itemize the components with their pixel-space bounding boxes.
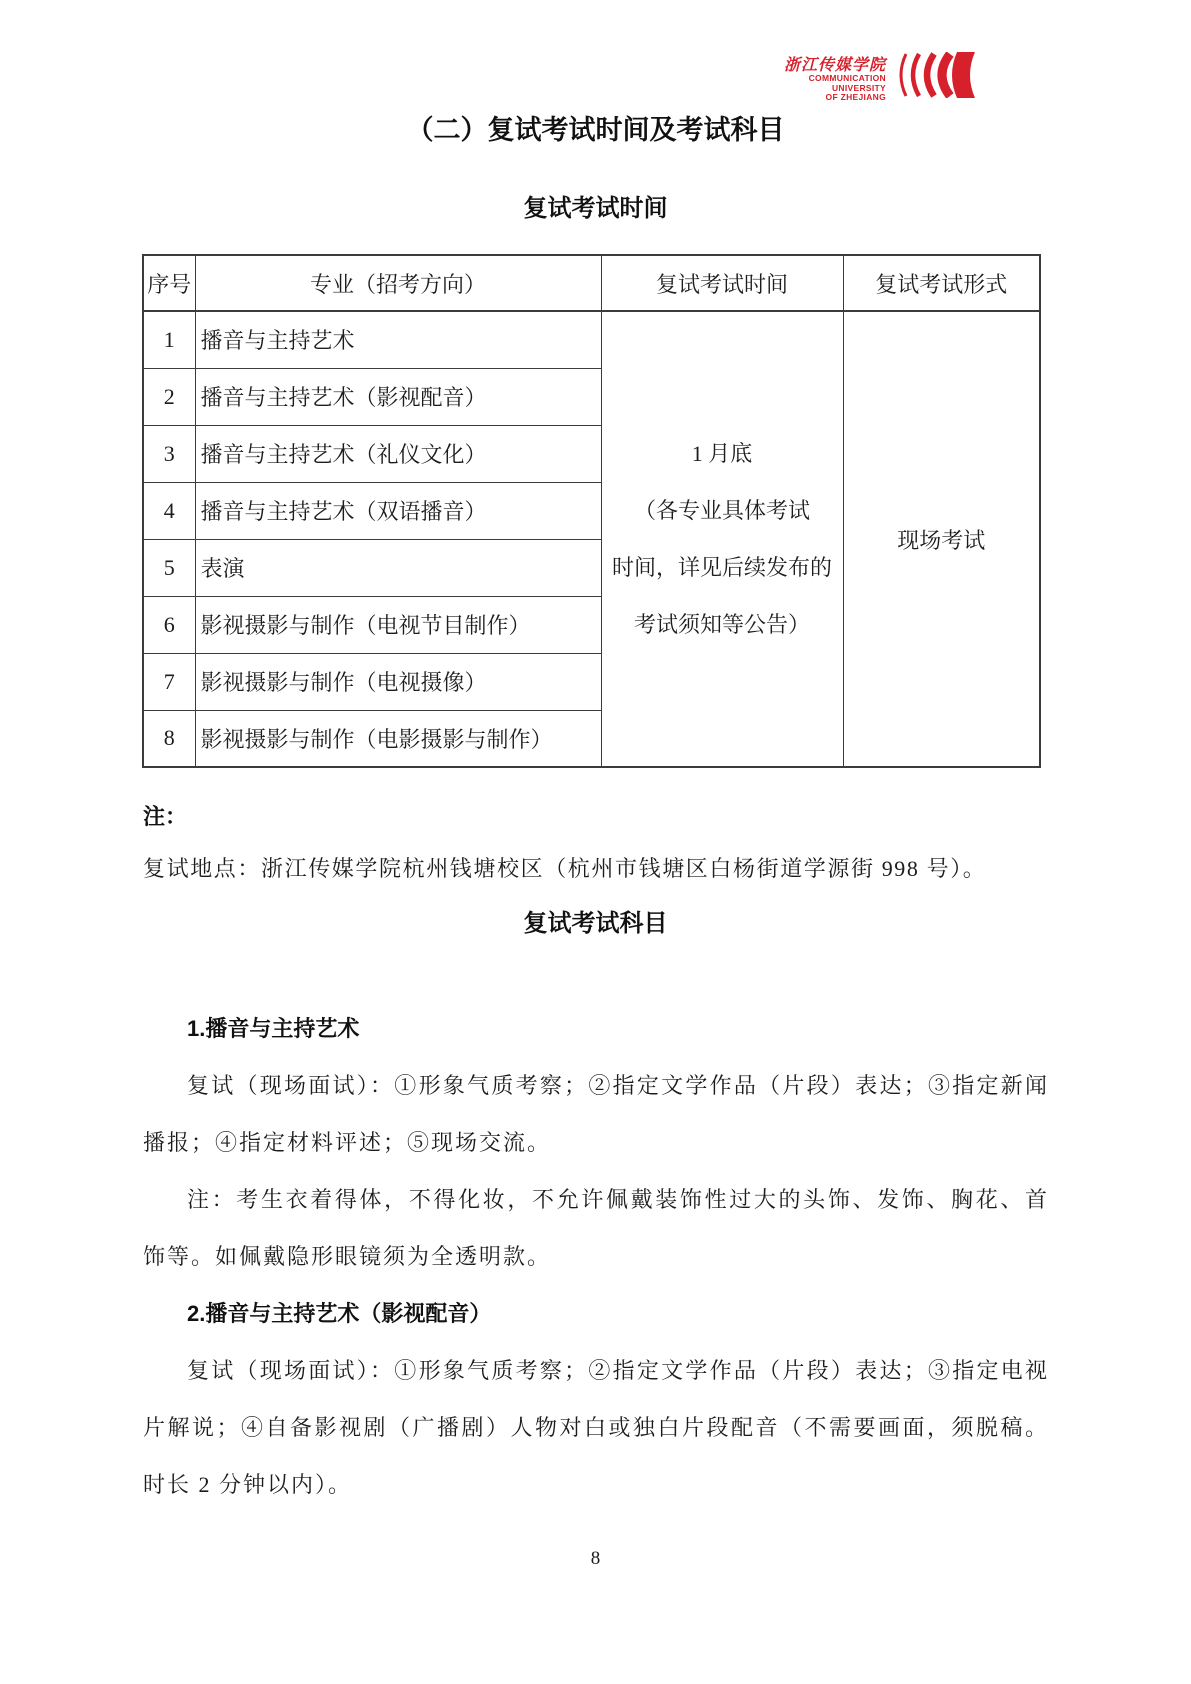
row-major: 影视摄影与制作（电影摄影与制作）: [195, 710, 601, 767]
page-title: （二）复试考试时间及考试科目: [0, 108, 1191, 147]
col-header-major: 专业（招考方向）: [195, 255, 601, 311]
row-major: 播音与主持艺术（影视配音）: [195, 368, 601, 425]
row-no: 4: [143, 482, 195, 539]
section-heading-exam-subjects: 复试考试科目: [0, 903, 1191, 938]
exam-time-cell: 1 月底 （各专业具体考试 时间，详见后续发布的 考试须知等公告）: [601, 311, 843, 767]
row-major: 播音与主持艺术（礼仪文化）: [195, 425, 601, 482]
table-header-row: 序号 专业（招考方向） 复试考试时间 复试考试形式: [143, 255, 1040, 311]
exam-time-line: 考试须知等公告）: [602, 596, 843, 653]
section-heading-exam-time: 复试考试时间: [0, 188, 1191, 223]
table-row: 1 播音与主持艺术 1 月底 （各专业具体考试 时间，详见后续发布的 考试须知等…: [143, 311, 1040, 368]
row-no: 2: [143, 368, 195, 425]
exam-schedule-table: 序号 专业（招考方向） 复试考试时间 复试考试形式 1 播音与主持艺术 1 月底…: [142, 254, 1041, 768]
university-logo: 浙江传媒学院 COMMUNICATION UNIVERSITY OF ZHEJI…: [784, 52, 975, 103]
row-no: 7: [143, 653, 195, 710]
row-no: 3: [143, 425, 195, 482]
row-major: 影视摄影与制作（电视摄像）: [195, 653, 601, 710]
exam-format-cell: 现场考试: [843, 311, 1040, 767]
subject-item-paragraph: 复试（现场面试）：①形象气质考察；②指定文学作品（片段）表达；③指定电视片解说；…: [143, 1342, 1049, 1513]
university-name-cn: 浙江传媒学院: [784, 56, 886, 74]
row-no: 6: [143, 596, 195, 653]
university-logo-mark-icon: [891, 52, 975, 98]
subject-item-heading-1: 1.播音与主持艺术: [143, 1000, 1049, 1057]
university-logo-text: 浙江传媒学院 COMMUNICATION UNIVERSITY OF ZHEJI…: [784, 52, 886, 103]
subject-item-paragraph: 复试（现场面试）：①形象气质考察；②指定文学作品（片段）表达；③指定新闻播报；④…: [143, 1057, 1049, 1171]
university-name-en-line3: OF ZHEJIANG: [784, 93, 886, 103]
exam-time-line: 1 月底: [602, 425, 843, 482]
note-location-text: 复试地点：浙江传媒学院杭州钱塘校区（杭州市钱塘区白杨街道学源街 998 号）。: [143, 852, 1053, 883]
document-page: 浙江传媒学院 COMMUNICATION UNIVERSITY OF ZHEJI…: [0, 0, 1191, 1684]
exam-time-line: （各专业具体考试: [602, 482, 843, 539]
col-header-time: 复试考试时间: [601, 255, 843, 311]
col-header-format: 复试考试形式: [843, 255, 1040, 311]
subject-item-heading-2: 2.播音与主持艺术（影视配音）: [143, 1285, 1049, 1342]
subject-item-paragraph: 注：考生衣着得体，不得化妆，不允许佩戴装饰性过大的头饰、发饰、胸花、首饰等。如佩…: [143, 1171, 1049, 1285]
subjects-body: 1.播音与主持艺术 复试（现场面试）：①形象气质考察；②指定文学作品（片段）表达…: [143, 1000, 1049, 1513]
note-label: 注：: [143, 800, 187, 831]
row-major: 表演: [195, 539, 601, 596]
row-no: 5: [143, 539, 195, 596]
row-no: 1: [143, 311, 195, 368]
exam-time-line: 时间，详见后续发布的: [602, 539, 843, 596]
row-major: 播音与主持艺术: [195, 311, 601, 368]
row-major: 影视摄影与制作（电视节目制作）: [195, 596, 601, 653]
col-header-no: 序号: [143, 255, 195, 311]
row-no: 8: [143, 710, 195, 767]
page-number: 8: [0, 1548, 1191, 1570]
row-major: 播音与主持艺术（双语播音）: [195, 482, 601, 539]
